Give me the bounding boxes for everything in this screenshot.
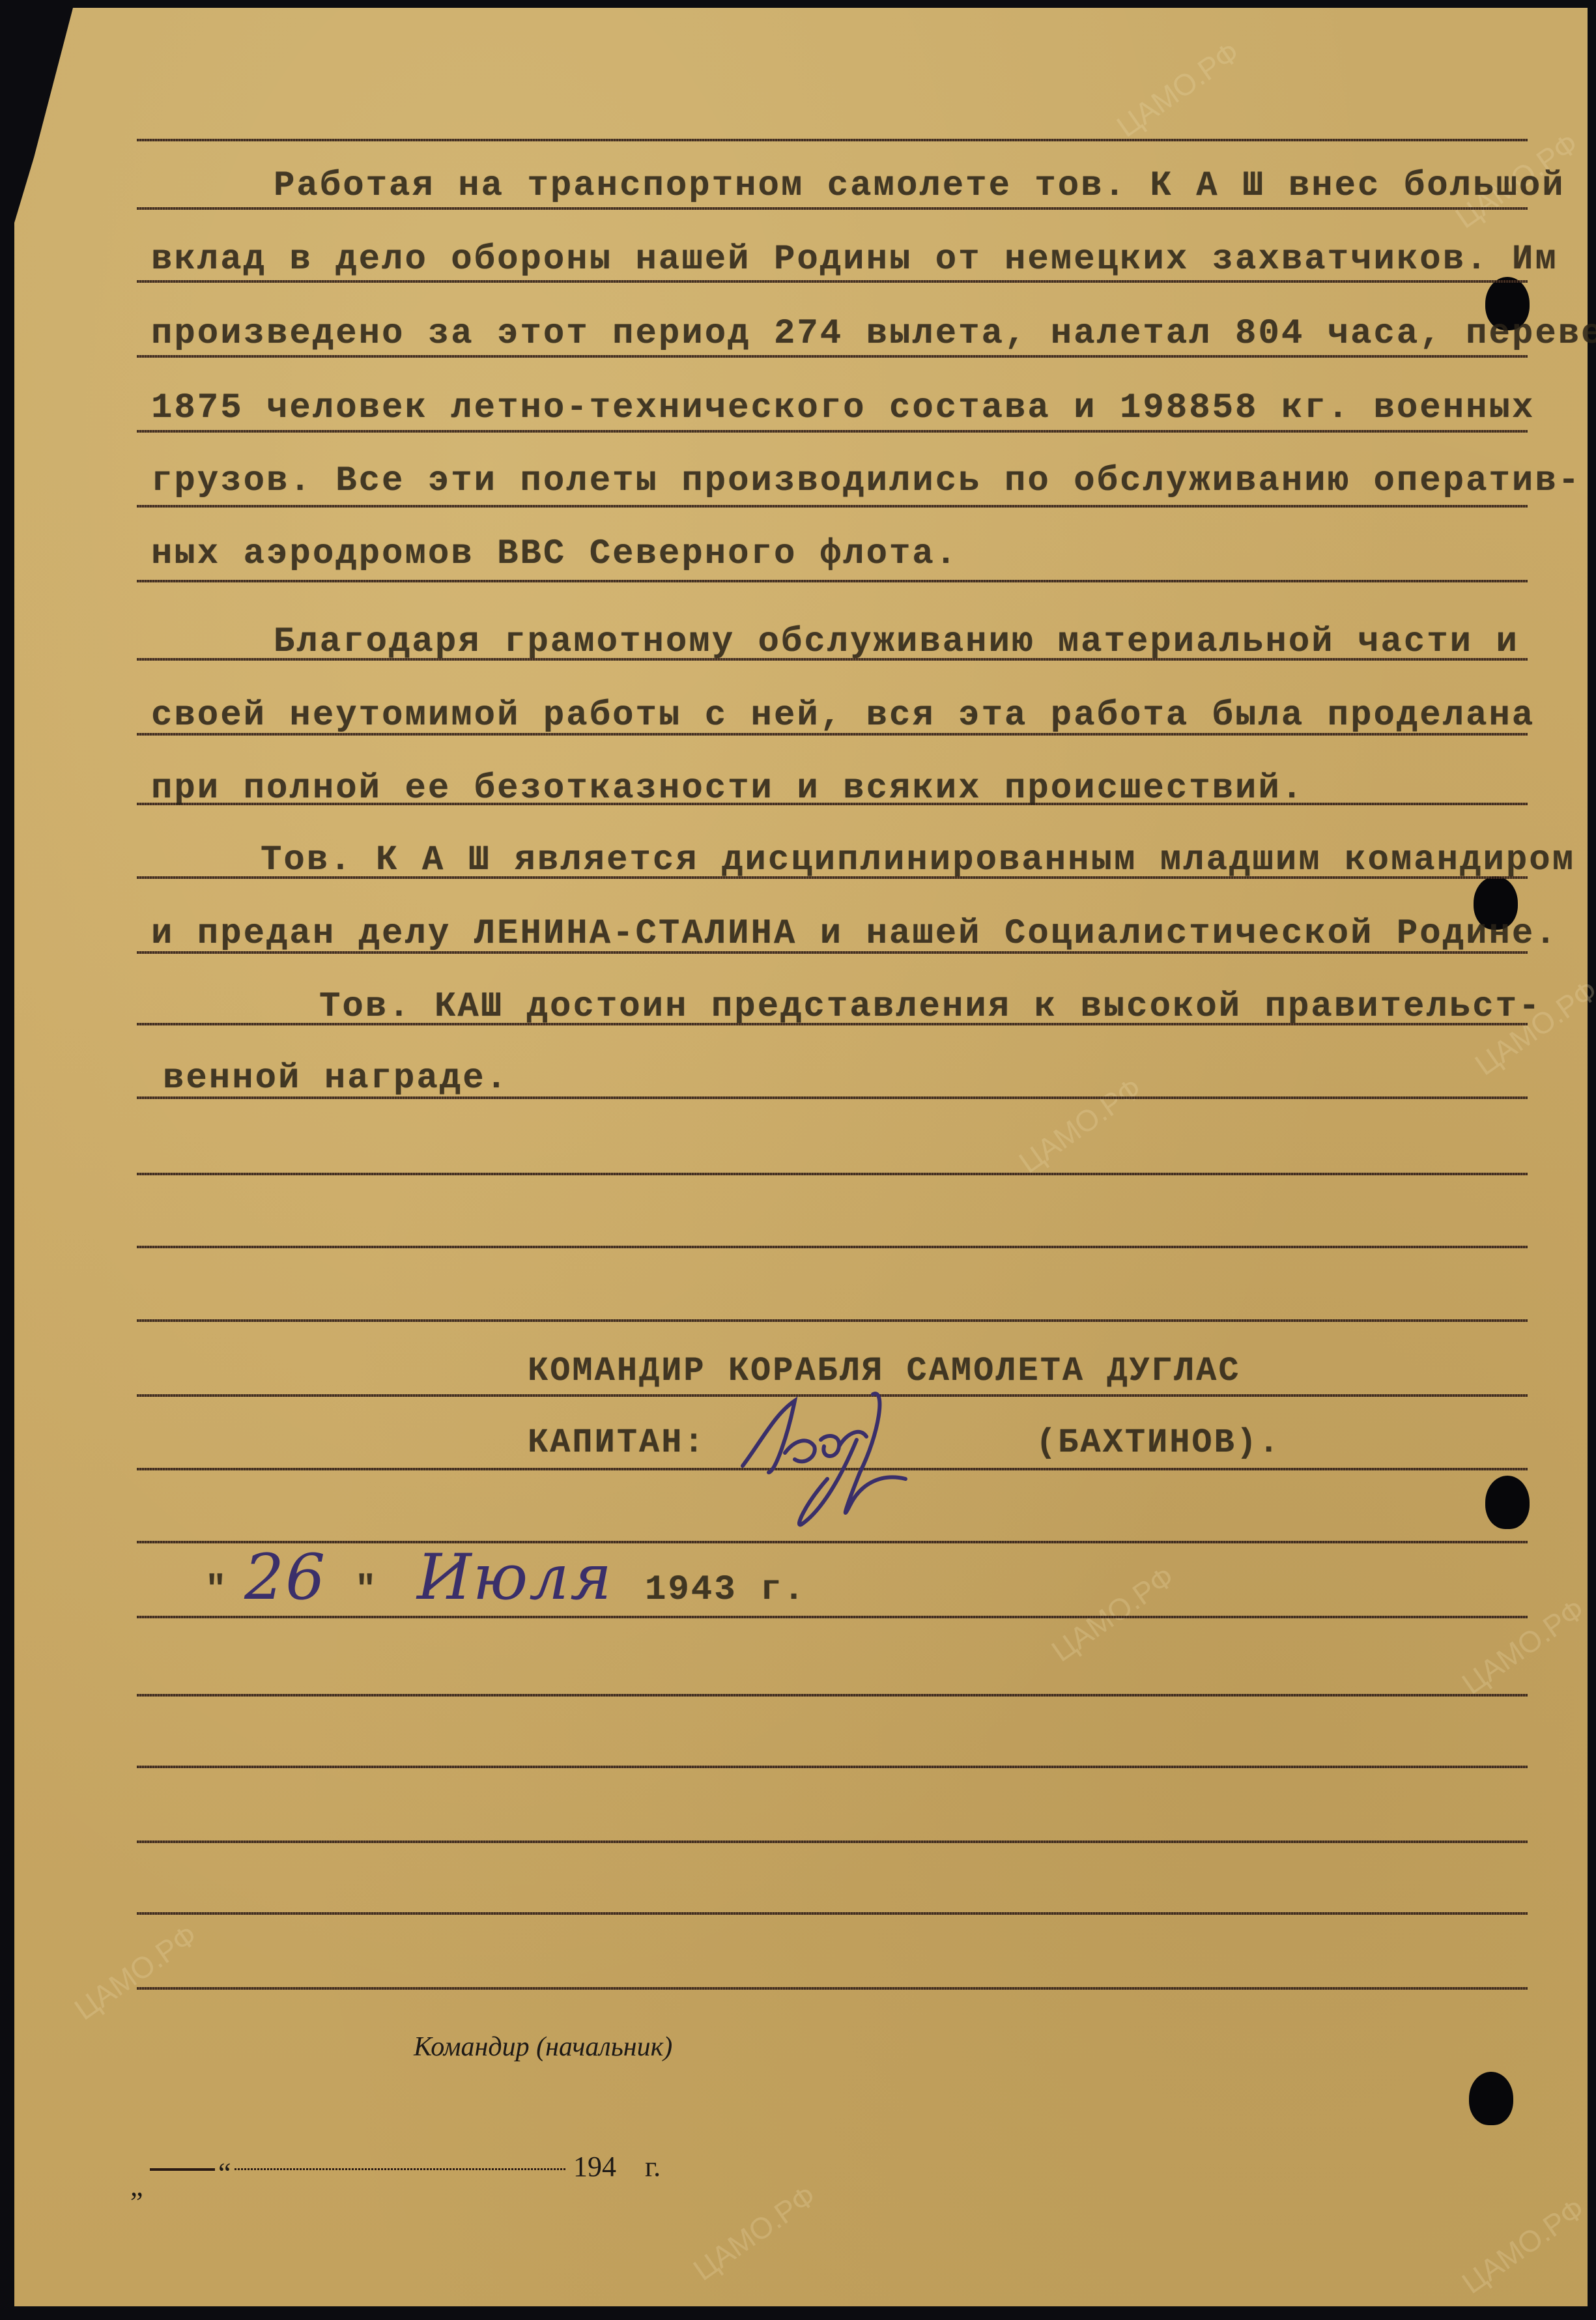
date-close-quote: " [355, 1570, 378, 1610]
ruled-line [137, 1694, 1528, 1697]
ruled-line [137, 1840, 1528, 1843]
text-line: венной награде. [163, 1059, 509, 1098]
ruled-line [137, 139, 1528, 141]
footer-date-open-quote: „ [130, 2170, 143, 2203]
signature-rank: КАПИТАН: [528, 1424, 706, 1462]
text-line: своей неутомимой работы с ней, вся эта р… [151, 696, 1535, 736]
text-line: Тов. К А Ш является дисциплинированным м… [261, 840, 1575, 880]
ruled-line [137, 430, 1528, 433]
date-open-quote: " [205, 1570, 228, 1610]
footer-date-close-quote: “ [218, 2156, 231, 2190]
date-year: 1943 г. [645, 1570, 806, 1610]
text-line: ных аэродромов ВВС Северного флота. [151, 534, 958, 574]
text-line: вклад в дело обороны нашей Родины от нем… [151, 240, 1558, 279]
ruled-line [137, 1246, 1528, 1248]
date-day: 26 [244, 1541, 326, 1614]
ruled-line [137, 1616, 1528, 1618]
ruled-line [137, 1173, 1528, 1175]
commander-label: Командир (начальник) [414, 2031, 672, 2063]
punch-hole-4 [1469, 2072, 1513, 2125]
text-line: Благодаря грамотному обслуживанию матери… [274, 622, 1519, 662]
ruled-line [137, 505, 1528, 508]
footer-month-blank [235, 2168, 567, 2170]
ruled-line [137, 1319, 1528, 1322]
signature-name: (БАХТИНОВ). [1036, 1424, 1281, 1462]
handwritten-signature [723, 1375, 984, 1531]
text-line: и предан делу ЛЕНИНА-СТАЛИНА и нашей Соц… [151, 914, 1558, 954]
punch-hole-3 [1485, 1476, 1530, 1529]
text-line: Работая на транспортном самолете тов. К … [274, 166, 1565, 206]
ruled-line [137, 355, 1528, 358]
ruled-line [137, 1541, 1528, 1543]
date-month: Июля [417, 1541, 613, 1614]
footer-year-suffix: г. [645, 2150, 661, 2183]
ruled-line [137, 1766, 1528, 1768]
text-line: произведено за этот период 274 вылета, н… [151, 314, 1596, 354]
ruled-line [137, 280, 1528, 283]
ruled-line [137, 207, 1528, 210]
text-line: грузов. Все эти полеты производились по … [151, 461, 1581, 501]
ruled-line [137, 1987, 1528, 1990]
text-line: при полной ее безотказности и всяких про… [151, 769, 1304, 809]
footer-day-blank [150, 2168, 215, 2171]
text-line: 1875 человек летно-технического состава … [151, 388, 1535, 428]
text-line: Тов. КАШ достоин представления к высокой… [319, 987, 1541, 1027]
footer-year-prefix: 194 [573, 2150, 616, 2183]
ruled-line [137, 1912, 1528, 1915]
ruled-line [137, 580, 1528, 582]
